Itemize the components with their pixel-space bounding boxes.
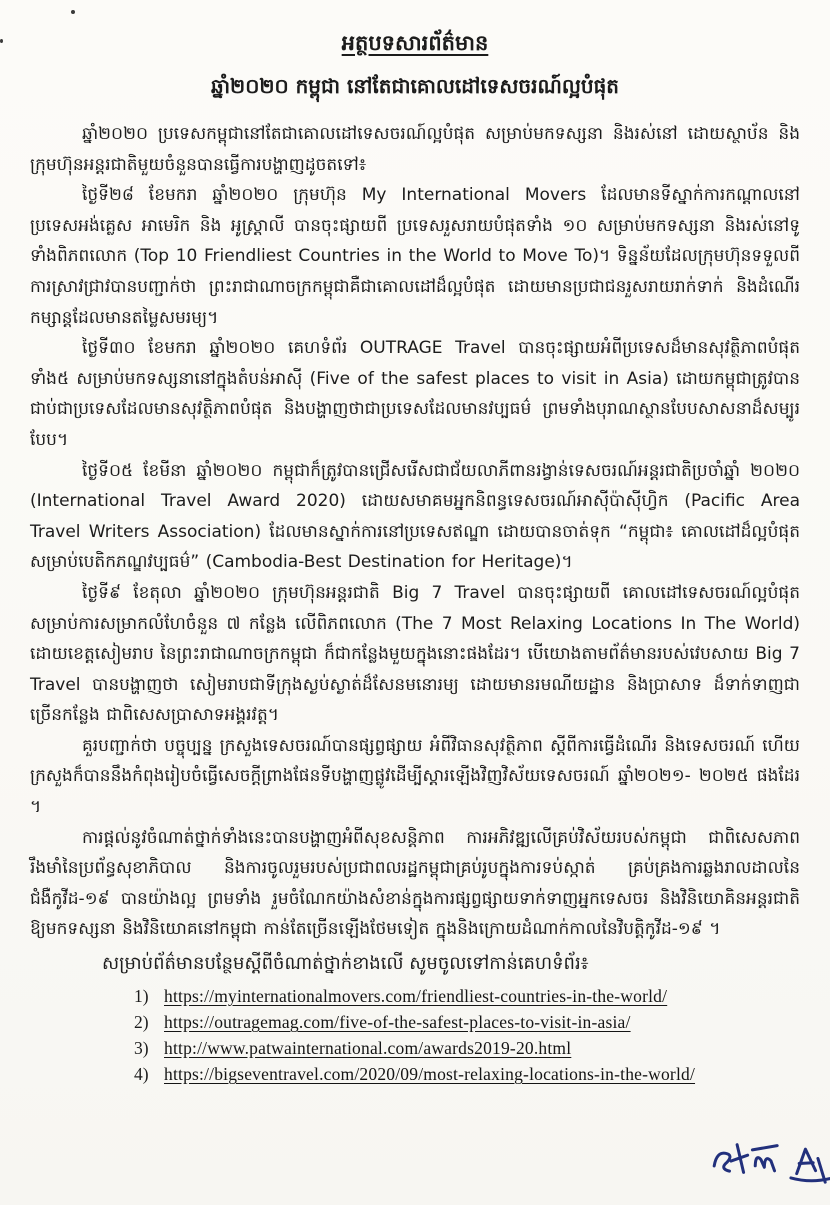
document-title: អត្ថបទសារព័ត៌មាន — [30, 30, 800, 61]
handwritten-signature — [698, 1119, 830, 1202]
reference-links-list: 1)https://myinternationalmovers.com/frie… — [30, 986, 800, 1085]
paragraph-intro: ឆ្នាំ២០២០ ប្រទេសកម្ពុជានៅតែជាគោលដៅទេសចរណ… — [30, 119, 800, 180]
link-number: 2) — [134, 1012, 164, 1033]
paragraph-ministry-roadmap: គួរបញ្ជាក់ថា បច្ចុប្បន្ន ក្រសួងទេសចរណ៍បា… — [30, 731, 800, 823]
link-url-bigseventravel[interactable]: https://bigseventravel.com/2020/09/most-… — [164, 1064, 695, 1084]
paragraph-travel-award: ថ្ងៃទី០៥ ខែមីនា ឆ្នាំ២០២០ កម្ពុជាក៏ត្រូវ… — [30, 456, 800, 578]
signature-ink-icon — [698, 1119, 830, 1198]
link-number: 4) — [134, 1064, 164, 1085]
scan-speck — [0, 39, 3, 43]
document-subtitle: ឆ្នាំ២០២០ កម្ពុជា នៅតែជាគោលដៅទេសចរណ៍ល្អប… — [30, 73, 800, 103]
list-item: 4)https://bigseventravel.com/2020/09/mos… — [134, 1064, 800, 1085]
paragraph-friendliest-countries: ថ្ងៃទី២៨ ខែមករា ឆ្នាំ២០២០ ក្រុមហ៊ុន My I… — [30, 180, 800, 333]
paragraph-rankings-significance: ការផ្តល់នូវចំណាត់ថ្នាក់ទាំងនេះបានបង្ហាញអ… — [30, 823, 800, 945]
link-number: 3) — [134, 1038, 164, 1059]
link-url-patwainternational[interactable]: http://www.patwainternational.com/awards… — [164, 1038, 571, 1058]
list-item: 1)https://myinternationalmovers.com/frie… — [134, 986, 800, 1007]
links-intro: សម្រាប់ព័ត៌មានបន្ថែមស្តីពីចំណាត់ថ្នាក់ខា… — [30, 951, 800, 978]
scan-speck — [71, 10, 75, 14]
list-item: 3)http://www.patwainternational.com/awar… — [134, 1038, 800, 1059]
paragraph-big7-travel: ថ្ងៃទី៩ ខែតុលា ឆ្នាំ២០២០ ក្រុមហ៊ុនអន្តរជ… — [30, 578, 800, 731]
link-number: 1) — [134, 986, 164, 1007]
list-item: 2)https://outragemag.com/five-of-the-saf… — [134, 1012, 800, 1033]
link-url-outragemag[interactable]: https://outragemag.com/five-of-the-safes… — [164, 1012, 631, 1032]
scanned-document-page: អត្ថបទសារព័ត៌មាន ឆ្នាំ២០២០ កម្ពុជា នៅតែជ… — [0, 0, 830, 1085]
document-body: ឆ្នាំ២០២០ ប្រទេសកម្ពុជានៅតែជាគោលដៅទេសចរណ… — [30, 119, 800, 945]
paragraph-safest-places: ថ្ងៃទី៣០ ខែមករា ឆ្នាំ២០២០ គេហទំព័រ OUTRA… — [30, 333, 800, 455]
document-title-text: អត្ថបទសារព័ត៌មាន — [342, 31, 489, 55]
link-url-myinternationalmovers[interactable]: https://myinternationalmovers.com/friend… — [164, 986, 667, 1006]
